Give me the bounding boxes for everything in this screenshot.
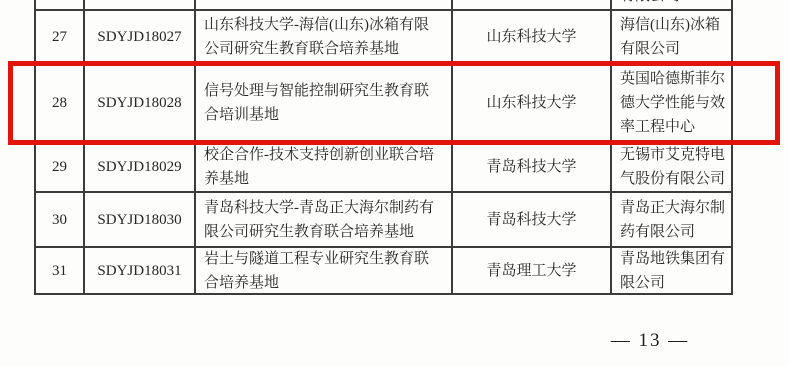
cell-company: 青岛地铁集团有限公司 [612, 248, 733, 295]
cell-company: 海信(山东)冰箱有限公司 [612, 11, 733, 65]
table-row-partial: 有限公司 [34, 0, 733, 11]
cell-name: 岩土与隧道工程专业研究生教育联合培养基地 [196, 248, 453, 295]
table-row: 27 SDYJD18027 山东科技大学-海信(山东)冰箱有限公司研究生教育联合… [34, 11, 733, 65]
cell-no: 27 [34, 11, 85, 65]
cell-university: 青岛科技大学 [453, 193, 612, 248]
cell-code: SDYJD18029 [85, 143, 196, 193]
cell-no: 28 [34, 65, 85, 143]
cell-university: 山东科技大学 [453, 65, 612, 143]
cell-university [453, 0, 612, 11]
cell-name: 校企合作-技术支持创新创业联合培养基地 [196, 143, 453, 193]
cell-code: SDYJD18027 [85, 11, 196, 65]
cell-name: 信号处理与智能控制研究生教育联合培训基地 [196, 65, 453, 143]
scanned-document-page: 有限公司 27 SDYJD18027 山东科技大学-海信(山东)冰箱有限公司研究… [0, 0, 789, 366]
page-number: — 13 — [585, 330, 715, 352]
cell-company: 无锡市艾克特电气股份有限公司 [612, 143, 733, 193]
cell-university: 山东科技大学 [453, 11, 612, 65]
cell-code: SDYJD18028 [85, 65, 196, 143]
cell-no: 29 [34, 143, 85, 193]
cell-code: SDYJD18031 [85, 248, 196, 295]
cell-university: 青岛理工大学 [453, 248, 612, 295]
table-row: 29 SDYJD18029 校企合作-技术支持创新创业联合培养基地 青岛科技大学… [34, 143, 733, 193]
cell-code [85, 0, 196, 11]
cell-name: 山东科技大学-海信(山东)冰箱有限公司研究生教育联合培养基地 [196, 11, 453, 65]
cell-name: 青岛科技大学-青岛正大海尔制药有限公司研究生教育联合培养基地 [196, 193, 453, 248]
table-row: 31 SDYJD18031 岩土与隧道工程专业研究生教育联合培养基地 青岛理工大… [34, 248, 733, 295]
cell-company: 青岛正大海尔制药有限公司 [612, 193, 733, 248]
clipped-text-fragment: 有限公司 [620, 0, 680, 4]
cell-university: 青岛科技大学 [453, 143, 612, 193]
cell-no: 31 [34, 248, 85, 295]
cell-name [196, 0, 453, 11]
cell-no [34, 0, 85, 11]
table-row: 30 SDYJD18030 青岛科技大学-青岛正大海尔制药有限公司研究生教育联合… [34, 193, 733, 248]
cell-company: 有限公司 [612, 0, 733, 11]
table-row-highlighted: 28 SDYJD18028 信号处理与智能控制研究生教育联合培训基地 山东科技大… [34, 65, 733, 143]
cell-company: 英国哈德斯菲尔德大学性能与效率工程中心 [612, 65, 733, 143]
cell-no: 30 [34, 193, 85, 248]
cell-code: SDYJD18030 [85, 193, 196, 248]
training-base-table: 有限公司 27 SDYJD18027 山东科技大学-海信(山东)冰箱有限公司研究… [34, 0, 733, 295]
